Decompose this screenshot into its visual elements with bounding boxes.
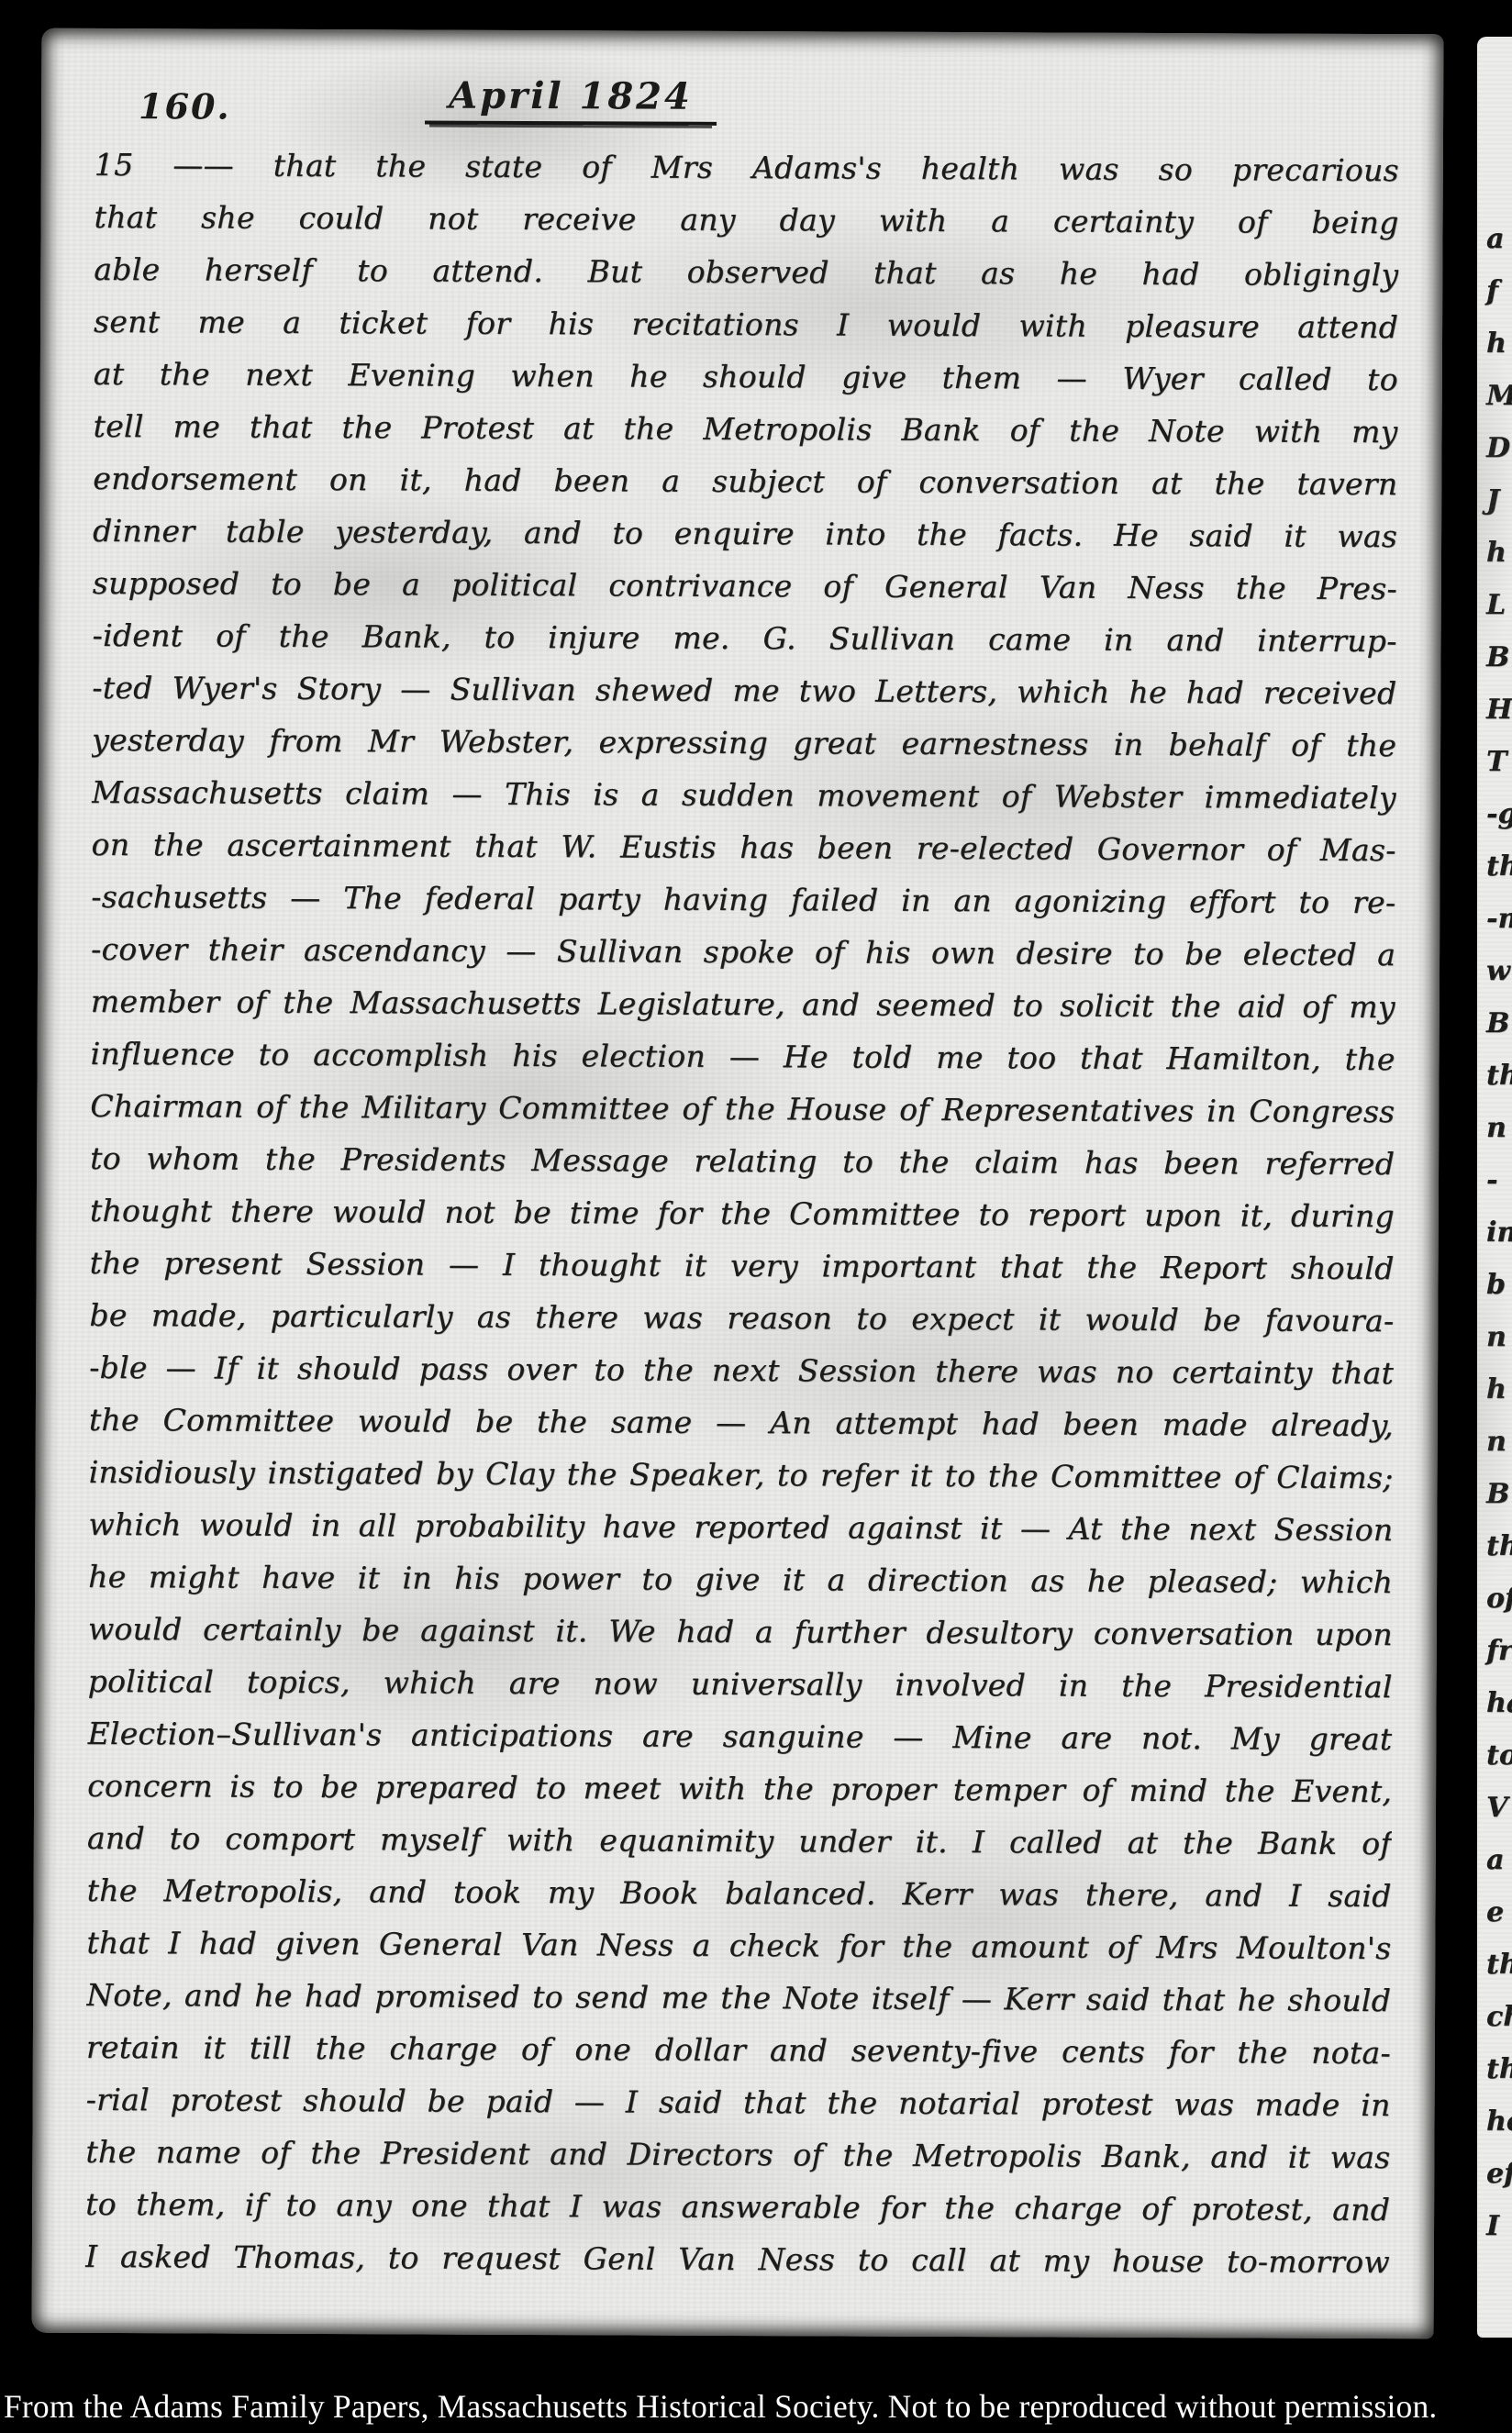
manuscript-line: that I had given General Van Ness a chec… [86,1916,1391,1974]
manuscript-line: -ident of the Bank, to injure me. G. Sul… [92,609,1396,667]
edge-fragment: B [1486,631,1512,683]
manuscript-line: which would in all probability have repo… [88,1498,1393,1556]
manuscript-line: on the ascertainment that W. Eustis has … [91,818,1395,876]
manuscript-line: -sachusetts — The federal party having f… [91,871,1395,928]
manuscript-line: -rial protest should be paid — I said th… [86,2073,1391,2131]
manuscript-line: at the next Evening when he should give … [94,348,1398,405]
archive-caption: From the Adams Family Papers, Massachuse… [4,2387,1489,2426]
edge-fragment: I [1486,2200,1512,2252]
manuscript-line: Chairman of the Military Committee of th… [90,1080,1395,1138]
edge-fragment: -g [1486,788,1512,840]
manuscript-line: to them, if to any one that I was answer… [85,2178,1390,2236]
edge-fragment: th [1486,1050,1512,1102]
manuscript-line: tell me that the Protest at the Metropol… [93,400,1397,458]
manuscript-line: the present Session — I thought it very … [89,1237,1394,1294]
manuscript-line: -cover their ascendancy — Sullivan spoke… [91,923,1395,981]
manuscript-line: influence to accomplish his election — H… [90,1028,1395,1085]
adjacent-page-fragments: afhMDJhLBHT-gth-mwBthn-inbnhnBthoffrhato… [1477,37,1512,2252]
manuscript-line: dinner table yesterday, and to enquire i… [93,505,1397,562]
edge-fragment: -m [1486,893,1512,945]
edge-fragment: th [1486,2043,1512,2095]
manuscript-line: would certainly be against it. We had a … [88,1603,1393,1661]
manuscript-text: 15 —— that the state of Mrs Adams's heal… [85,139,1399,2288]
manuscript-line: Election–Sullivan's anticipations are sa… [87,1707,1392,1765]
manuscript-line: the name of the President and Directors … [85,2126,1390,2183]
edge-fragment: n [1486,1416,1512,1468]
edge-fragment: th [1486,1939,1512,1991]
manuscript-line: that she could not receive any day with … [94,191,1398,249]
manuscript-line: -ble — If it should pass over to the nex… [89,1341,1394,1399]
edge-fragment: ch [1486,1991,1512,2043]
manuscript-line: yesterday from Mr Webster, expressing gr… [92,714,1396,772]
manuscript-line: and to comport myself with equanimity un… [87,1812,1392,1870]
edge-fragment: b [1486,1259,1512,1311]
edge-fragment: n [1486,1311,1512,1363]
manuscript-line: be made, particularly as there was reaso… [89,1289,1394,1347]
edge-fragment: fr [1486,1625,1512,1677]
manuscript-line: -ted Wyer's Story — Sullivan shewed me t… [92,661,1396,719]
edge-fragment [1486,108,1512,161]
edge-fragment: th [1486,1520,1512,1572]
manuscript-line: able herself to attend. But observed tha… [94,243,1398,301]
manuscript-line: he might have it in his power to give it… [88,1550,1393,1608]
manuscript-page-content: 160. April 1824 15 —— that the state of … [32,28,1444,2289]
edge-fragment: h [1486,1363,1512,1416]
edge-fragment: T [1486,736,1512,788]
manuscript-line: I asked Thomas, to request Genl Van Ness… [85,2230,1390,2288]
edge-fragment: in [1486,1206,1512,1259]
page-number: 160. [139,85,231,127]
edge-fragment [1486,161,1512,213]
edge-fragment: a [1486,1834,1512,1886]
edge-fragment: h [1486,317,1512,370]
manuscript-page: 160. April 1824 15 —— that the state of … [32,28,1444,2339]
manuscript-line: to whom the Presidents Message relating … [90,1132,1395,1190]
manuscript-line: supposed to be a political contrivance o… [93,557,1397,615]
edge-fragment: J [1486,474,1512,527]
edge-fragment: ha [1486,1677,1512,1729]
manuscript-line: the Committee would be the same — An att… [89,1394,1394,1451]
edge-fragment: D [1486,422,1512,474]
edge-fragment: V [1486,1782,1512,1834]
edge-fragment: f [1486,265,1512,317]
manuscript-line: 15 —— that the state of Mrs Adams's heal… [94,139,1399,196]
edge-fragment: a [1486,213,1512,265]
manuscript-line: Note, and he had promised to send me the… [86,1969,1391,2027]
manuscript-line: concern is to be prepared to meet with t… [87,1760,1392,1817]
manuscript-line: insidiously instigated by Clay the Speak… [88,1446,1393,1504]
edge-fragment: B [1486,1468,1512,1520]
adjacent-page-edge: afhMDJhLBHT-gth-mwBthn-inbnhnBthoffrhato… [1477,37,1512,2338]
manuscript-line: member of the Massachusetts Legislature,… [91,975,1395,1033]
manuscript-line: the Metropolis, and took my Book balance… [87,1864,1392,1922]
edge-fragment: H [1486,683,1512,736]
edge-fragment: B [1486,997,1512,1050]
edge-fragment: th [1486,840,1512,893]
page-header: 160. April 1824 [94,63,1417,144]
edge-fragment: M [1486,370,1512,422]
manuscript-line: Massachusetts claim — This is a sudden m… [92,766,1396,824]
manuscript-line: thought there would not be time for the … [90,1184,1395,1242]
edge-fragment: to [1486,1729,1512,1782]
edge-fragment: n [1486,1102,1512,1154]
edge-fragment: ho [1486,2095,1512,2148]
edge-fragment: ef [1486,2148,1512,2200]
date-header: April 1824 [425,74,717,126]
manuscript-line: sent me a ticket for his recitations I w… [94,295,1398,353]
edge-fragment: of [1486,1572,1512,1625]
manuscript-line: political topics, which are now universa… [88,1655,1393,1713]
manuscript-line: endorsement on it, had been a subject of… [93,452,1397,510]
manuscript-line: retain it till the charge of one dollar … [86,2021,1391,2079]
edge-fragment: e [1486,1886,1512,1939]
scanned-document: { "document": { "kind": "handwritten dia… [0,0,1512,2433]
edge-fragment: h [1486,527,1512,579]
edge-fragment: - [1486,1154,1512,1206]
edge-fragment: L [1486,579,1512,631]
edge-fragment: w [1486,945,1512,997]
